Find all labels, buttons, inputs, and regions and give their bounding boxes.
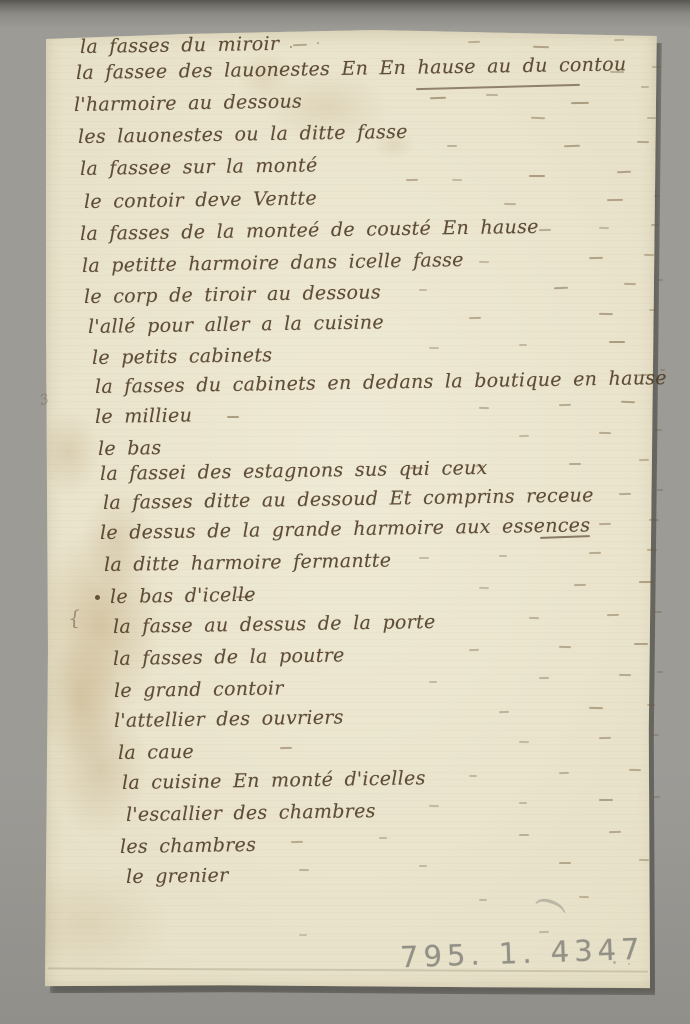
ink-bleedthrough-dash <box>657 671 663 673</box>
photo-backdrop: {3( la fasses du miroirla fassee des lau… <box>0 0 690 1024</box>
ink-bleedthrough-dash <box>660 369 665 371</box>
ink-bleedthrough-dash <box>657 489 663 491</box>
ink-bleedthrough-dash <box>654 796 660 798</box>
manuscript-paper <box>44 30 658 990</box>
